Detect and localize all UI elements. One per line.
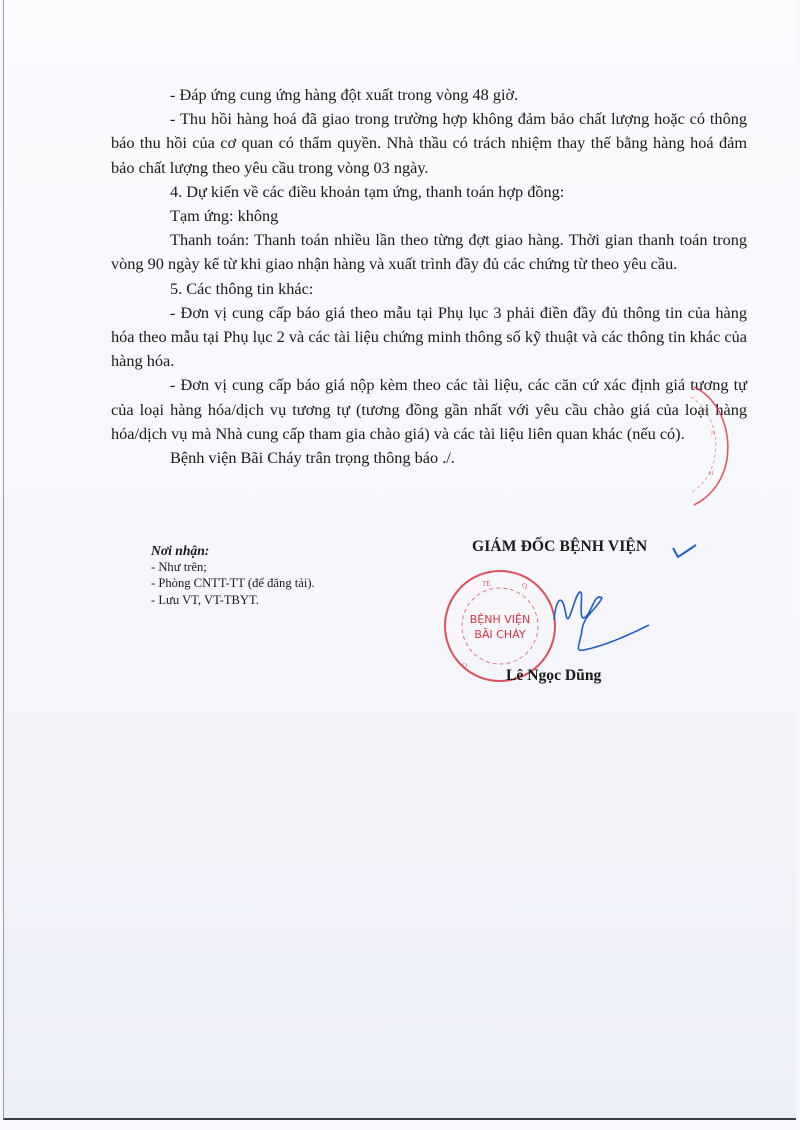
signer-name: Lê Ngọc Dũng	[506, 667, 601, 685]
signer-title: GIÁM ĐỐC BỆNH VIỆN	[472, 538, 647, 556]
seal-text-line-2: BÃI CHÁY	[474, 628, 525, 641]
paragraph-payment: Thanh toán: Thanh toán nhiều lần theo từ…	[111, 228, 747, 276]
handwritten-signature-icon	[544, 580, 654, 660]
svg-text:Q: Q	[522, 582, 527, 590]
svg-text:Q: Q	[462, 662, 467, 670]
paragraph-recall: - Thu hồi hàng hoá đã giao trong trường …	[111, 107, 747, 180]
section-5-heading: 5. Các thông tin khác:	[111, 277, 747, 301]
recipient-item: - Lưu VT, VT-TBYT.	[151, 592, 315, 608]
svg-text:N: N	[711, 431, 716, 437]
document-body: - Đáp ứng cung ứng hàng đột xuất trong v…	[111, 83, 747, 470]
partial-seal-stamp-icon: N H	[689, 385, 739, 510]
seal-text-line-1: BỆNH VIỆN	[470, 613, 530, 626]
svg-text:H: H	[709, 471, 714, 477]
document-page: - Đáp ứng cung ứng hàng đột xuất trong v…	[3, 0, 796, 1120]
paragraph-quote-form: - Đơn vị cung cấp báo giá theo mẫu tại P…	[111, 301, 747, 374]
initial-checkmark-icon	[669, 540, 699, 560]
recipients-block: Nơi nhận: - Như trên; - Phòng CNTT-TT (đ…	[151, 543, 315, 608]
closing-line: Bệnh viện Bãi Cháy trân trọng thông báo …	[111, 446, 747, 470]
recipient-item: - Như trên;	[151, 559, 315, 575]
paragraph-quote-documents: - Đơn vị cung cấp báo giá nộp kèm theo c…	[111, 373, 747, 446]
recipient-item: - Phòng CNTT-TT (để đăng tải).	[151, 575, 315, 591]
recipients-title: Nơi nhận:	[151, 543, 315, 559]
section-4-heading: 4. Dự kiến về các điều khoản tạm ứng, th…	[111, 180, 747, 204]
svg-text:TẾ: TẾ	[482, 580, 491, 588]
paragraph-advance: Tạm ứng: không	[111, 204, 747, 228]
paragraph-urgent-supply: - Đáp ứng cung ứng hàng đột xuất trong v…	[111, 83, 747, 107]
